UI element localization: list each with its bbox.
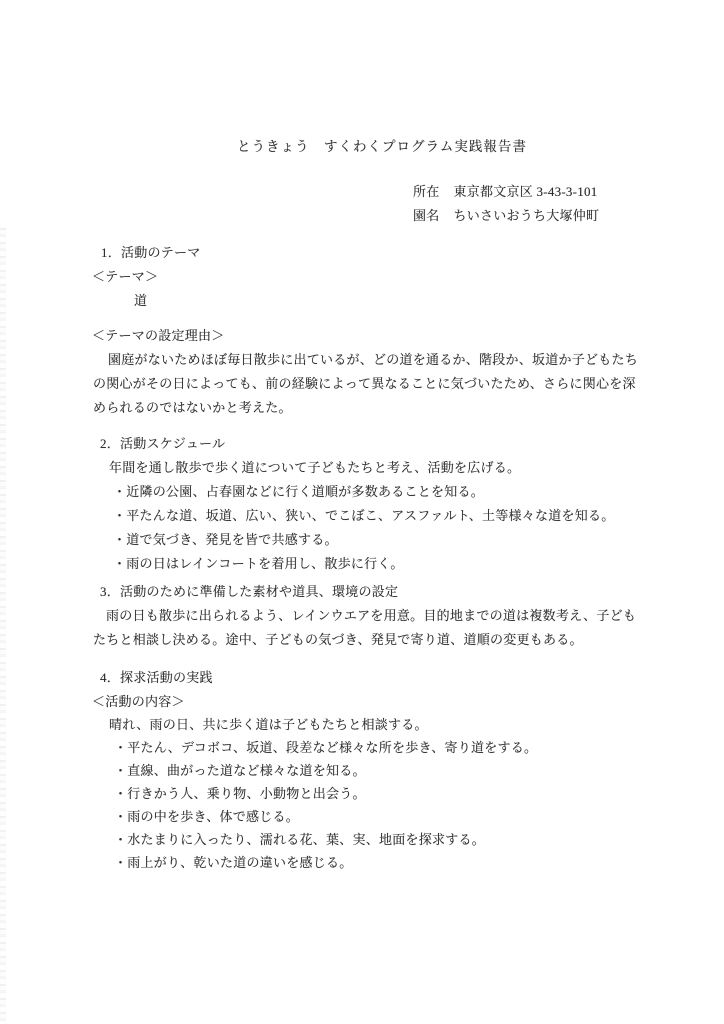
theme-tag: ＜テーマ＞ [92,268,158,285]
section2-bullet: ・道で気づき、発見を皆で共感する。 [113,531,338,548]
scan-edge-artifact [0,228,6,1024]
section4-bullet: ・平たん、デコボコ、坂道、段差など様々な所を歩き、寄り道をする。 [114,739,537,756]
section2-bullet: ・近隣の公園、占春園などに行く道順が多数あることを知る。 [113,483,484,500]
location-line: 所在 東京都文京区 3-43-3-101 [413,183,598,200]
section4-bullet: ・直線、曲がった道など様々な道を知る。 [114,762,366,779]
scanned-report-page: とうきょう すくわくプログラム実践報告書 所在 東京都文京区 3-43-3-10… [0,0,724,1024]
document-title: とうきょう すくわくプログラム実践報告書 [237,138,527,155]
section3-text-line: たちと相談し決める。途中、子どもの気づき、発見で寄り道、道順の変更もある。 [93,631,583,648]
section3-text-line: 雨の日も散歩に出られるよう、レインウエアを用意。目的地までの道は複数考え、子ども [106,607,636,624]
location-value: 東京都文京区 3-43-3-101 [454,183,598,200]
theme-reason-text-line: 園庭がないためほぼ毎日散歩に出ているが、どの道を通るか、階段か、坂道か子どもたち [108,351,638,368]
section4-intro: 晴れ、雨の日、共に歩く道は子どもたちと相談する。 [109,716,428,733]
section2-bullet: ・平たんな道、坂道、広い、狭い、でこぼこ、アスファルト、土等様々な道を知る。 [113,507,615,524]
section4-heading: 4．探求活動の実践 [100,669,213,686]
garden-name-label: 園名 [413,207,440,224]
section4-bullet: ・行きかう人、乗り物、小動物と出会う。 [114,785,366,802]
section1-heading: 1．活動のテーマ [101,244,201,261]
section4-bullet: ・雨上がり、乾いた道の違いを感じる。 [114,854,353,871]
theme-reason-text-line: められるのではないかと考えた。 [93,399,292,416]
section2-intro: 年間を通し散歩で歩く道について子どもたちと考え、活動を広げる。 [109,459,520,476]
section2-heading: 2．活動スケジュール [100,435,225,452]
theme-value: 道 [134,292,147,309]
section4-bullet: ・水たまりに入ったり、濡れる花、葉、実、地面を探求する。 [114,831,485,848]
garden-name-line: 園名 ちいさいおうち大塚仲町 [413,207,599,224]
section4-bullet: ・雨の中を歩き、体で感じる。 [114,808,299,825]
section3-heading: 3．活動のために準備した素材や道具、環境の設定 [100,583,398,600]
theme-reason-tag: ＜テーマの設定理由＞ [92,327,225,344]
activity-content-tag: ＜活動の内容＞ [92,693,185,710]
section2-bullet: ・雨の日はレインコートを着用し、散歩に行く。 [113,555,404,572]
location-label: 所在 [413,183,440,200]
theme-reason-text-line: の関心がその日によっても、前の経験によって異なることに気づいたため、さらに関心を… [93,375,636,392]
garden-name-value: ちいさいおうち大塚仲町 [454,207,600,224]
